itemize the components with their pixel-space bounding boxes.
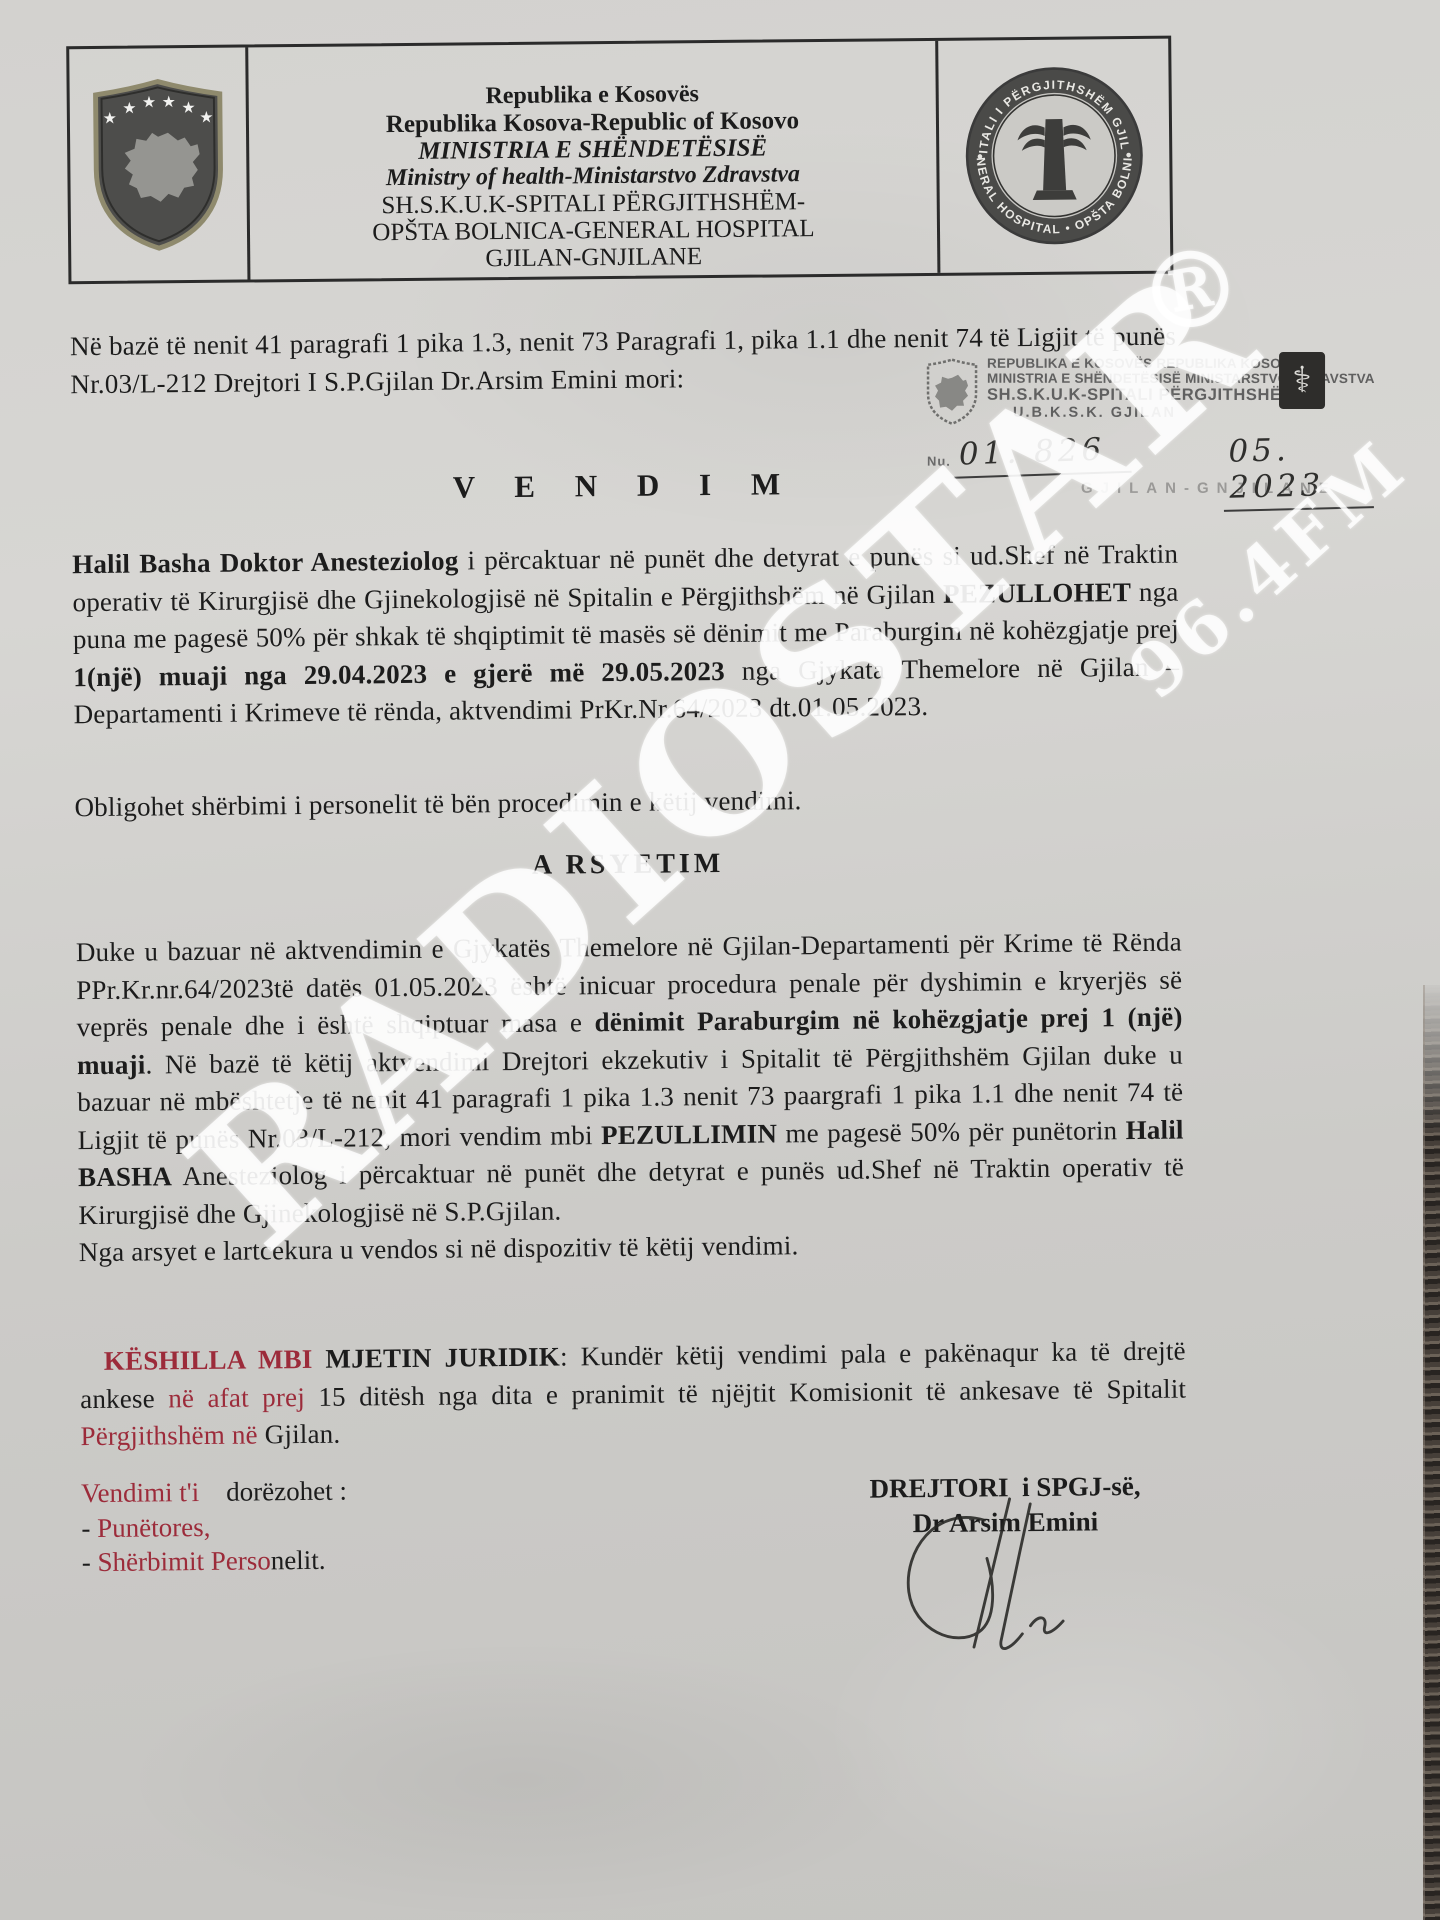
star-icon: ★ [103,110,117,127]
letterhead-box: ★ ★ ★ ★ ★ ★ Republika e Kosovës Republik… [66,36,1173,285]
text-segment: Vendimi t'i [81,1477,199,1508]
handwritten-signature [890,1485,1082,1667]
text-segment: Gjilan. [258,1419,341,1450]
scan-edge-strip [1423,985,1440,1920]
text-segment: në afat prej [168,1382,305,1413]
text-segment: 15 ditësh nga dita e pranimit të njëjtit… [305,1373,1186,1411]
text-segment: me pagesë 50% për punëtorin [777,1115,1126,1148]
reasoning-block: Duke u bazuar në aktvendimin e Gjykatës … [76,924,1185,1272]
text-segment: KËSHILLA MBI [104,1344,326,1376]
stamp-city-ghost-text: GJILAN-GNJILANE [1081,480,1337,497]
text-segment: dorëzohet : [199,1476,347,1507]
text-segment: nelit. [271,1545,326,1576]
text-segment: Përgjithshëm në [80,1419,258,1451]
star-icon: ★ [142,94,156,111]
star-icon: ★ [122,100,136,117]
decision-paragraph: Halil Basha Doktor Anesteziolog i përcak… [72,536,1180,734]
star-icon: ★ [181,100,195,117]
distribution-heading: Vendimi t'i dorëzohet : [81,1474,347,1511]
text-segment: Anesteziolog i përcaktuar në punët dhe d… [78,1152,1184,1230]
obligation-paragraph: Obligohet shërbimi i personelit të bën p… [74,779,1180,827]
star-icon: ★ [199,109,213,126]
text-segment: MJETIN JURIDIK [325,1342,560,1374]
letterhead-seal-cell: SPITALI I PËRGJITHSHËM GJILAN GENERAL HO… [935,39,1170,273]
text-segment: - [81,1513,97,1543]
letterhead-line: GJILAN-GNJILANE [250,241,937,275]
distribution-item: - Punëtores, [81,1508,347,1545]
text-segment: PEZULLOHET [943,577,1131,609]
caduceus-badge-icon: ⚕ [1279,352,1325,409]
letterhead-emblem-cell: ★ ★ ★ ★ ★ ★ [69,47,250,281]
reasoning-paragraph: Duke u bazuar në aktvendimin e Gjykatës … [76,924,1185,1235]
text-segment: - [82,1547,98,1577]
text-segment: 1(një) muaji nga 29.04.2023 e gjerë më 2… [73,655,725,691]
document-page: ★ ★ ★ ★ ★ ★ Republika e Kosovës Republik… [0,0,1440,1920]
hospital-seal-icon: SPITALI I PËRGJITHSHËM GJILAN GENERAL HO… [964,66,1144,246]
letterhead-titles: Republika e Kosovës Republika Kosova-Rep… [248,41,937,280]
star-icon: ★ [162,94,176,111]
text-segment: Punëtores, [97,1511,211,1542]
office-stamp: REPUBLIKA E KOSOVËS REPUBLIKA KOSOVA MIN… [923,352,1373,522]
distribution-list: Vendimi t'i dorëzohet : - Punëtores, - S… [81,1474,348,1580]
caduceus-symbol: ⚕ [1292,360,1312,401]
reasoning-title: A RSYETIM [75,841,1181,889]
text-segment: Shërbimit Perso [97,1545,271,1577]
protocol-date-value: 05. 2023 [1222,430,1374,512]
scanned-decision-document: { "watermark": { "brand": "RADIOSTAR", "… [0,0,1440,1920]
protocol-number-label: Nu. [927,454,951,469]
kosovo-coat-of-arms-icon: ★ ★ ★ ★ ★ ★ [88,75,228,254]
distribution-item: - Shërbimit Personelit. [82,1543,348,1580]
legal-advice-paragraph: KËSHILLA MBI MJETIN JURIDIK: Kundër këti… [80,1333,1187,1456]
text-segment: PEZULLIMIN [601,1118,777,1150]
protocol-number-value: 01. 826 [952,431,1132,479]
stamp-shield-icon [925,358,979,426]
text-segment: Halil Basha Doktor Anesteziolog [72,545,459,579]
